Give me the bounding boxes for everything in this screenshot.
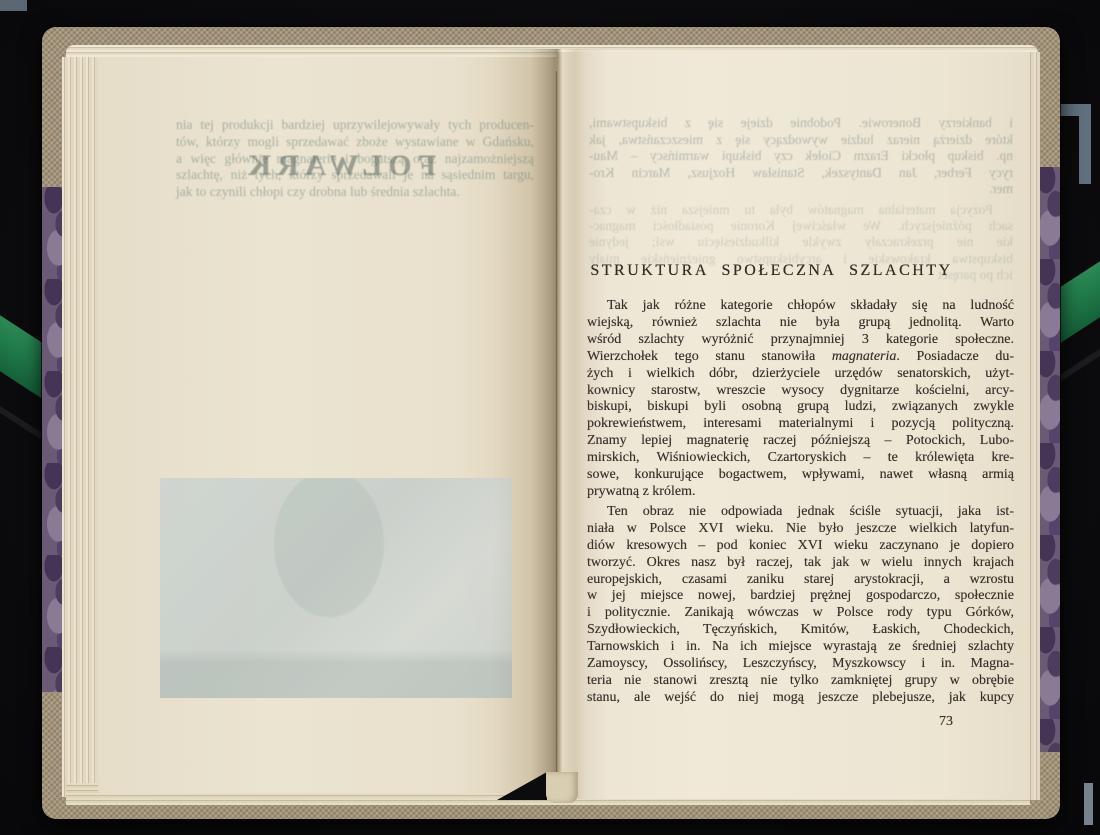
page-number: 73 [939,714,953,730]
cradle-marker-left-bar [0,0,27,11]
gutter-bottom-fold [546,772,578,803]
ghost-paragraph-showthrough: i bankierzy Bonerowie. Podobnie dzieje s… [589,115,1013,198]
cradle-marker-bottom-right-bar [1084,783,1093,825]
book-scan-scene: nia tej produkcji bardziej uprzywilejowy… [0,0,1100,835]
body-text: Tak jak różne kategorie chłopów składały… [587,298,1014,707]
ghost-chapter-title-showthrough: FOLWARK [250,149,436,183]
body-paragraph: Ten obraz nie odpowiada jednak ściśle sy… [587,504,1014,707]
body-paragraph: Tak jak różne kategorie chłopów składały… [587,298,1014,501]
left-page: nia tej produkcji bardziej uprzywilejowy… [98,57,556,793]
chapter-heading: STRUKTURA SPOŁECZNA SZLACHTY [535,262,1008,280]
cradle-corner-bracket-icon [1079,104,1091,184]
ghost-illustration-showthrough [160,478,512,698]
page-edges-left [62,57,100,797]
open-book: nia tej produkcji bardziej uprzywilejowy… [42,27,1060,819]
right-page: i bankierzy Bonerowie. Podobnie dzieje s… [557,52,1030,799]
